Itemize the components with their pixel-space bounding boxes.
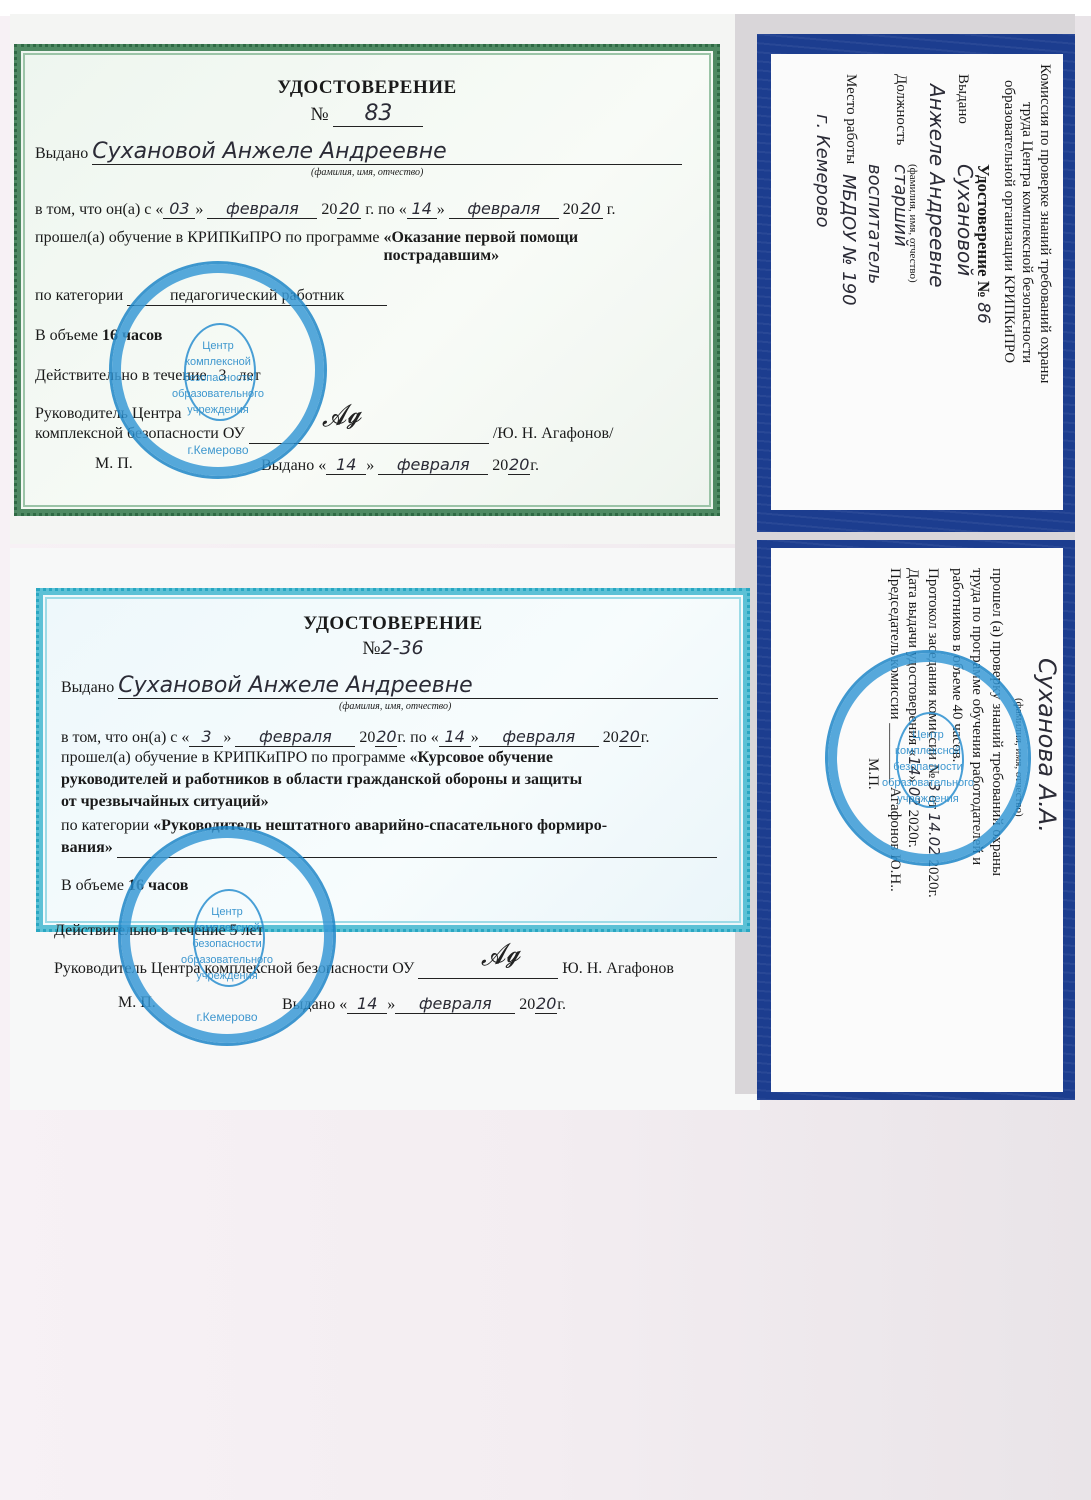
period-line: в том, что он(а) с «3» февраля 2020г. по… xyxy=(61,727,650,747)
safety-booklet-page-2: Суханова А.А. (фамилия, имя, отчество) п… xyxy=(757,540,1075,1100)
issued-to-line: Выдано Сухановой Анжеле Андреевне xyxy=(35,139,682,165)
stamp-center-text: Центркомплекснойбезопасностиобразователь… xyxy=(112,338,324,418)
issue-date-line: Выдано «14» февраля 2020г. xyxy=(261,455,539,475)
program-line-3: от чрезвычайных ситуаций» xyxy=(61,793,269,811)
holder-name: Сухановой Анжеле Андреевне xyxy=(92,139,682,165)
name-hint: (фамилия, имя, отчество) xyxy=(339,701,451,712)
holder-name: Анжеле Андреевне xyxy=(925,84,949,288)
certificate-title: УДОСТОВЕРЕНИЕ xyxy=(43,613,743,635)
certificate-first-aid: УДОСТОВЕРЕНИЕ № 83 Выдано Сухановой Анже… xyxy=(14,44,720,516)
official-stamp: Центркомплекснойбезопасностиобразователь… xyxy=(109,261,327,479)
category-line: по категории «Руководитель нештатного ав… xyxy=(61,817,607,835)
certificate-number: № 83 xyxy=(21,101,713,127)
holder-name: Суханова А.А. xyxy=(1033,658,1061,833)
issued-to-line: Выдано Сухановой Анжеле Андреевне xyxy=(61,673,718,699)
program-line: прошел(а) обучение в КРИПКиПРО по програ… xyxy=(61,749,553,767)
holder-name: Сухановой Анжеле Андреевне xyxy=(118,673,718,699)
safety-booklet-page-1: Комиссия по проверке знаний требований о… xyxy=(757,34,1075,532)
signature: 𝓐𝓰 xyxy=(478,937,522,973)
official-stamp: Центркомплекснойбезопасностиобразователь… xyxy=(118,826,336,1046)
program-line: прошел(а) обучение в КРИПКиПРО по програ… xyxy=(35,229,683,265)
certificate-number: №2-36 xyxy=(43,637,743,660)
program-line-2: руководителей и работников в области гра… xyxy=(61,771,582,789)
program-name: «Оказание первой помощи пострадавшим» xyxy=(383,229,683,265)
booklet-header: Комиссия по проверке знаний требований о… xyxy=(1036,64,1053,384)
seal-label: М. П. xyxy=(95,455,133,473)
signature: 𝓐𝓰 xyxy=(319,398,363,434)
period-line: в том, что он(а) с «03» февраля 2020 г. … xyxy=(35,199,616,219)
position: старший xyxy=(890,164,911,247)
name-hint: (фамилия, имя, отчество) xyxy=(311,167,423,178)
certificate-title: УДОСТОВЕРЕНИЕ xyxy=(21,77,713,99)
holder-surname: Сухановой xyxy=(953,164,977,276)
workplace: МБДОУ № 190 xyxy=(838,174,859,306)
official-stamp: Центркомплекснойбезопасностиобразователь… xyxy=(825,650,1031,866)
